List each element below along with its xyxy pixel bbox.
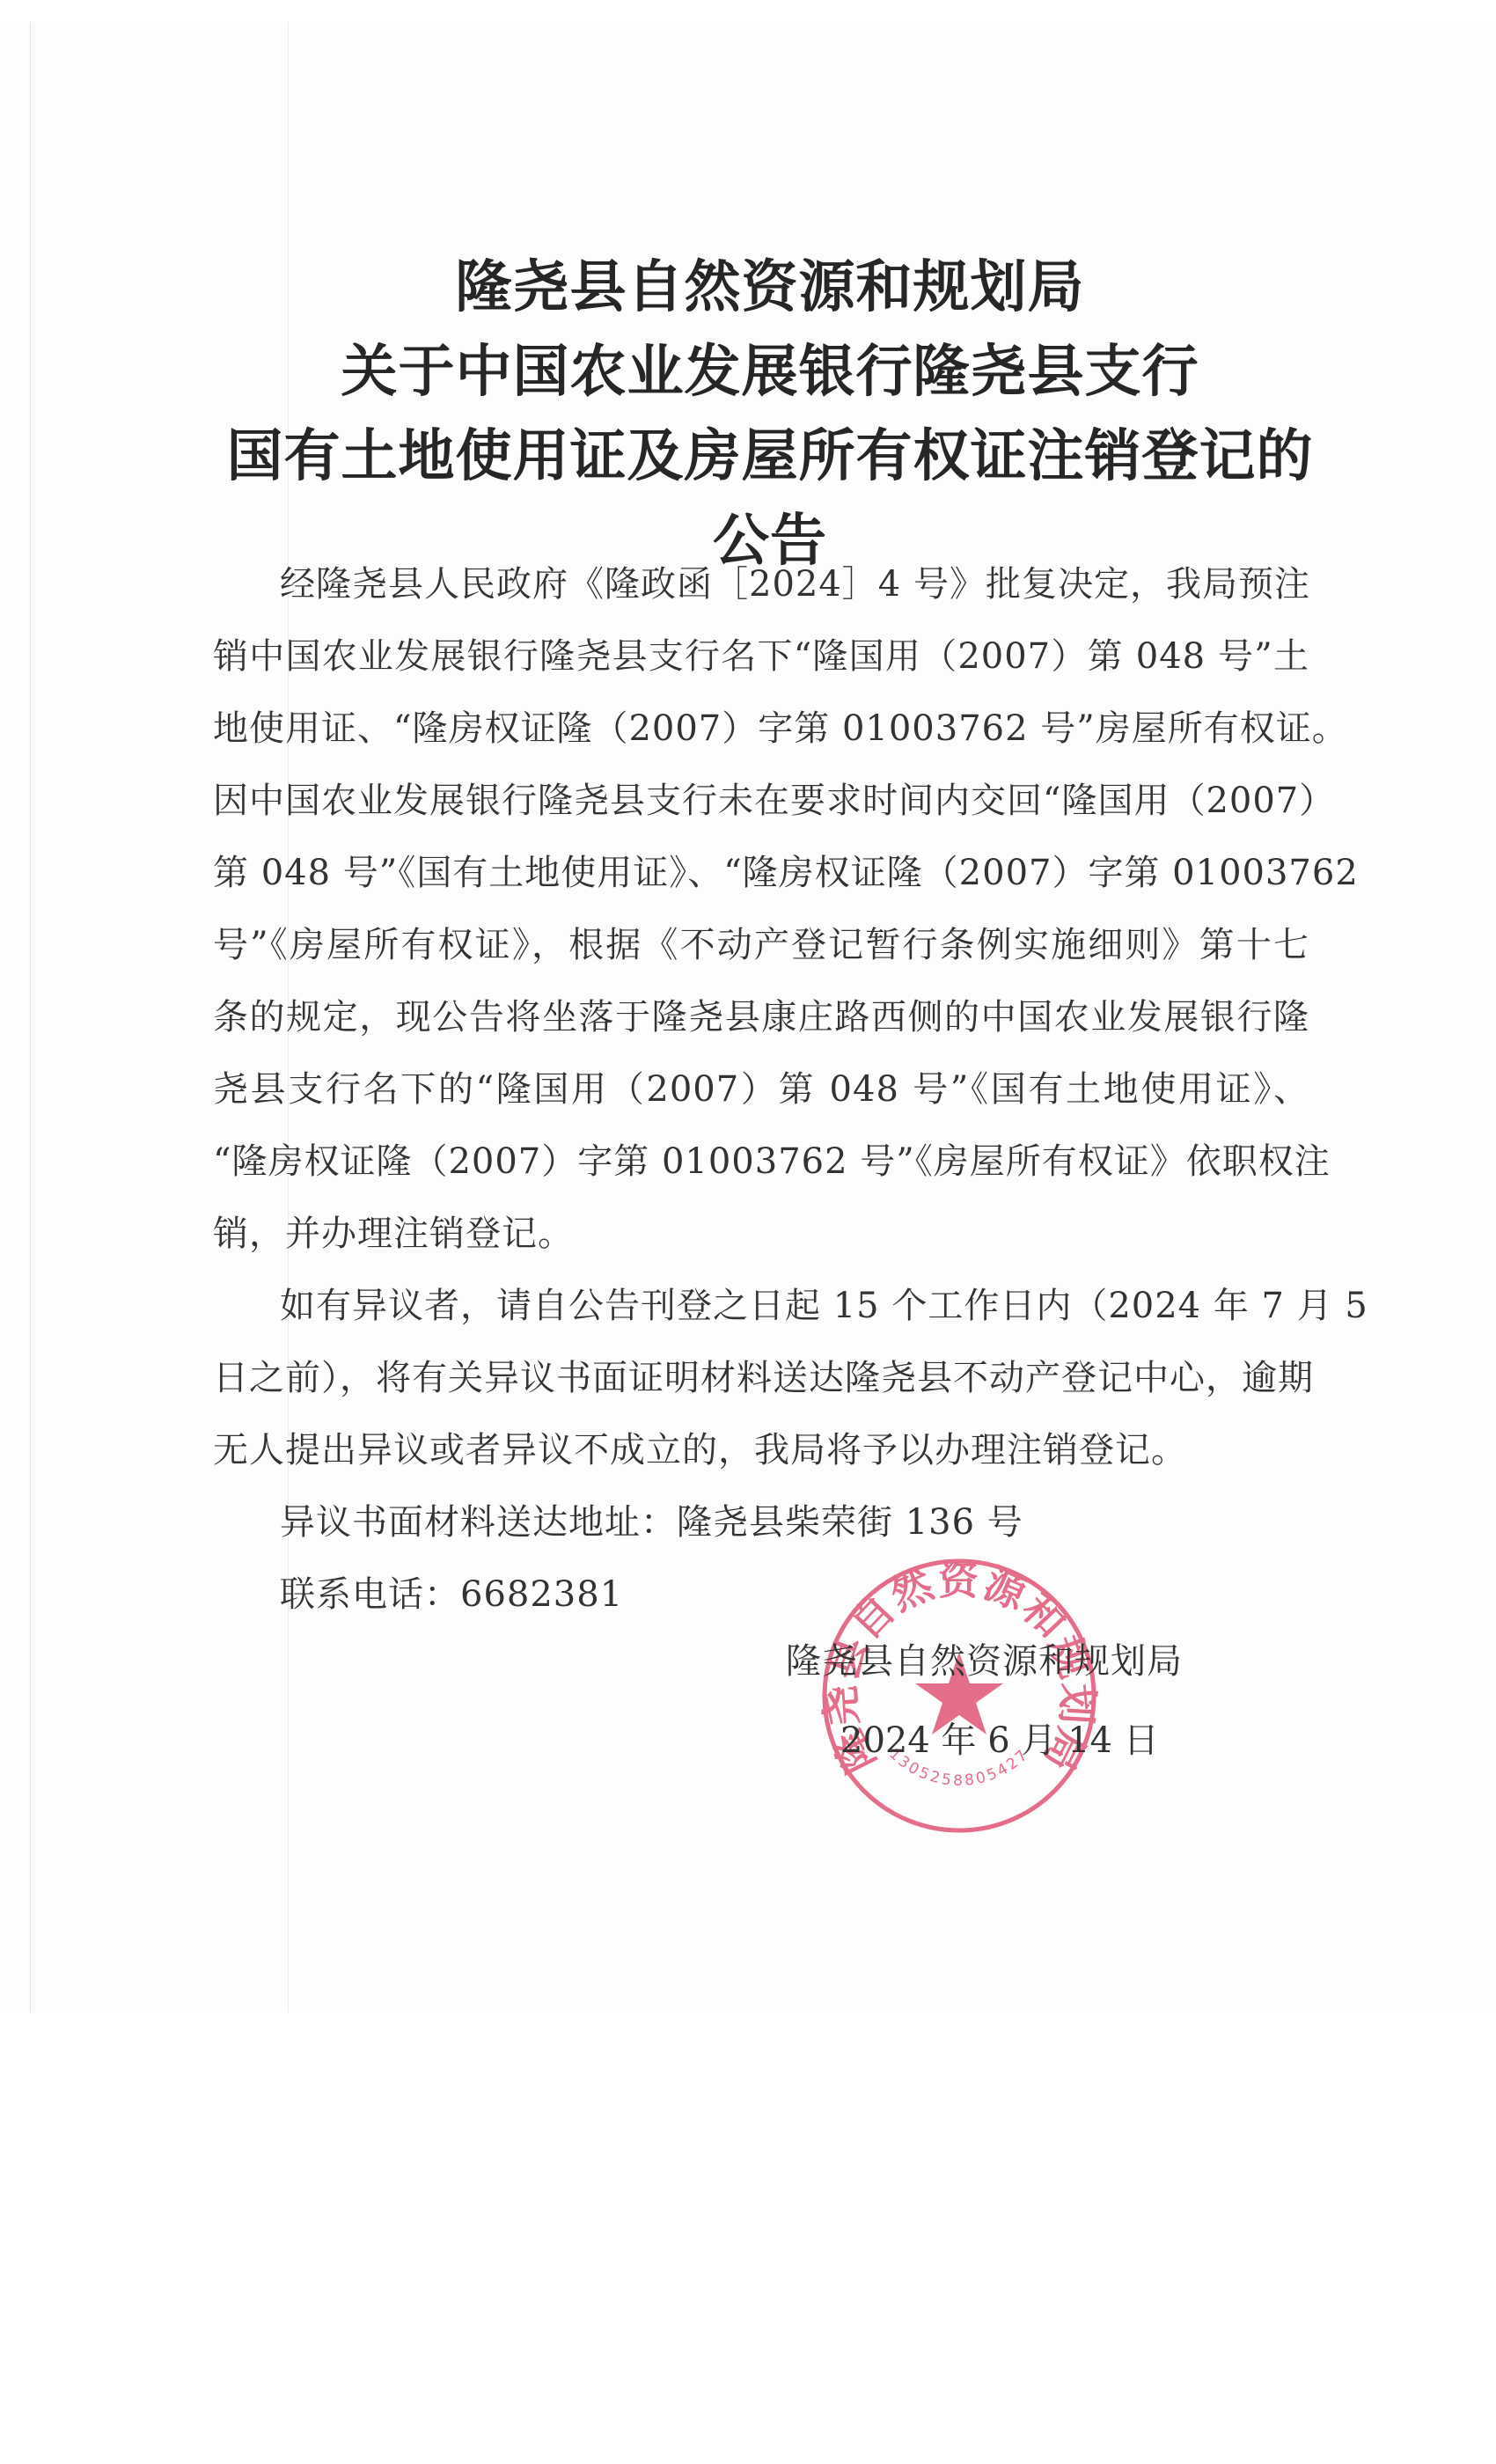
issue-date: 2024 年 6 月 14 日 [840, 1712, 1115, 1769]
body-line: 销，并办理注销登记。 [213, 1198, 1309, 1270]
official-seal: 隆尧县自然资源和规划局 1305258805427 [818, 1555, 1100, 1837]
document-body: 经隆尧县人民政府《隆政函［2024］4 号》批复决定，我局预注 销中国农业发展银… [213, 548, 1309, 1631]
body-line: 日之前），将有关异议书面证明材料送达隆尧县不动产登记中心，逾期 [213, 1342, 1309, 1414]
body-line: 销中国农业发展银行隆尧县支行名下“隆国用（2007）第 048 号”土 [213, 620, 1309, 693]
paragraph-2: 如有异议者，请自公告刊登之日起 15 个工作日内（2024 年 7 月 5 日之… [213, 1270, 1309, 1486]
body-line: 如有异议者，请自公告刊登之日起 15 个工作日内（2024 年 7 月 5 [213, 1270, 1309, 1342]
address-line: 异议书面材料送达地址：隆尧县柴荣街 136 号 [213, 1486, 1309, 1558]
body-line: 条的规定，现公告将坐落于隆尧县康庄路西侧的中国农业发展银行隆 [213, 981, 1309, 1053]
document-title: 隆尧县自然资源和规划局 关于中国农业发展银行隆尧县支行 国有土地使用证及房屋所有… [0, 246, 1496, 583]
body-line: 因中国农业发展银行隆尧县支行未在要求时间内交回“隆国用（2007） [213, 765, 1309, 837]
title-line-2: 关于中国农业发展银行隆尧县支行 [0, 330, 1496, 414]
issuer-signature: 隆尧县自然资源和规划局 [786, 1633, 1182, 1690]
body-line: 尧县支行名下的“隆国用（2007）第 048 号”《国有土地使用证》、 [213, 1053, 1309, 1126]
body-line: 经隆尧县人民政府《隆政函［2024］4 号》批复决定，我局预注 [213, 548, 1309, 620]
title-line-3: 国有土地使用证及房屋所有权证注销登记的 [0, 414, 1496, 499]
body-line: “隆房权证隆（2007）字第 01003762 号”《房屋所有权证》依职权注 [213, 1126, 1309, 1198]
body-line: 第 048 号”《国有土地使用证》、“隆房权证隆（2007）字第 0100376… [213, 837, 1309, 909]
body-line: 无人提出异议或者异议不成立的，我局将予以办理注销登记。 [213, 1414, 1309, 1486]
paragraph-1: 经隆尧县人民政府《隆政函［2024］4 号》批复决定，我局预注 销中国农业发展银… [213, 548, 1309, 1270]
body-line: 号”《房屋所有权证》，根据《不动产登记暂行条例实施细则》第十七 [213, 909, 1309, 981]
phone-line: 联系电话：6682381 [213, 1558, 1309, 1631]
body-line: 地使用证、“隆房权证隆（2007）字第 01003762 号”房屋所有权证。 [213, 693, 1309, 765]
title-line-1: 隆尧县自然资源和规划局 [0, 246, 1496, 330]
